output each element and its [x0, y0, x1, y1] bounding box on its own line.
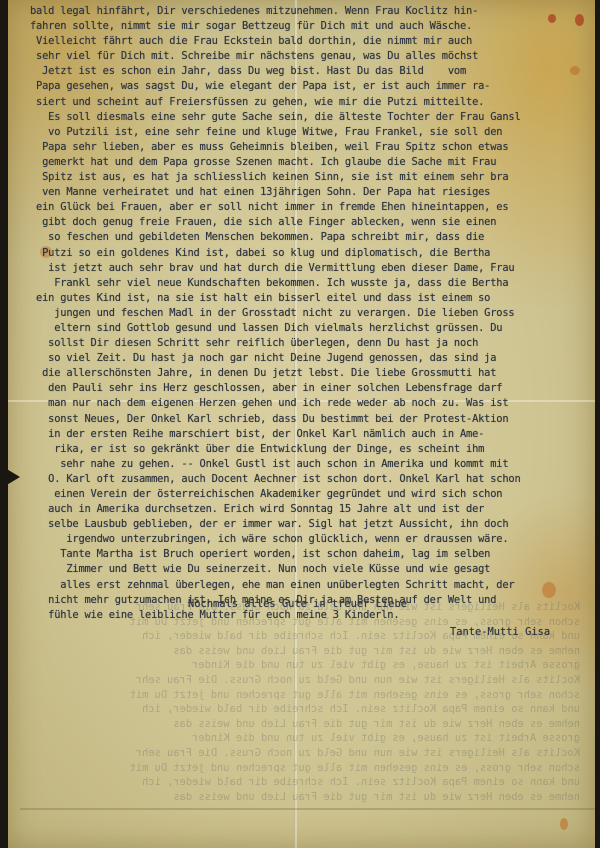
letter-line: alles erst zehnmal überlegen, ehe man ei…: [30, 578, 590, 593]
letter-line: O. Karl oft zusammen, auch Docent Aechne…: [30, 472, 590, 487]
bleed-through-line: nehme es eben Herz wie du ist mir gut di…: [20, 790, 580, 805]
letter-line: sonst Neues, Der Onkel Karl schrieb, das…: [30, 412, 590, 427]
bleed-through-line: schon sehr gross, es eins gesehen mit al…: [20, 761, 580, 776]
bleed-through-line: Koclits als Heiligers ist wie nun und Ge…: [20, 746, 580, 761]
letter-line: ein Glück bei Frauen, aber er soll nicht…: [30, 200, 590, 215]
lower-fold-crease: [20, 808, 595, 810]
bleed-through-line: grosse Arbeit ist zu hause, es gibt viel…: [20, 658, 580, 673]
letter-line: Putzi so ein goldenes Kind ist, dabei so…: [30, 246, 590, 261]
letter-line: den Pauli sehr ins Herz geschlossen, abe…: [30, 381, 590, 396]
letter-line: ven Manne verheiratet und hat einen 13jä…: [30, 185, 590, 200]
letter-line: gemerkt hat und dem Papa grosse Szenen m…: [30, 155, 590, 170]
letter-line: Tante Martha ist Bruch operiert worden, …: [30, 547, 590, 562]
letter-line: die allerschönsten Jahre, in denen Du je…: [30, 366, 590, 381]
letter-line: ist jetzt auch sehr brav und hat durch d…: [30, 261, 590, 276]
bleed-through-line: schon sehr gross, es eins gesehen mit al…: [20, 688, 580, 703]
letter-line: Frankl sehr viel neue Kundschaften bekom…: [30, 276, 590, 291]
letter-line: bald legal hinfährt, Dir verschiedenes m…: [30, 4, 590, 19]
letter-line: sollst Dir diesen Schritt sehr reiflich …: [30, 336, 590, 351]
letter-line: einen Verein der österreichischen Akadem…: [30, 487, 590, 502]
bleed-through-line: nehme es eben Herz wie du ist mir gut di…: [20, 717, 580, 732]
letter-line: fühle wie eine leibliche Mutter für euch…: [30, 608, 590, 623]
letter-line: fahren sollte, nimmt sie mir sogar Bettz…: [30, 19, 590, 34]
letter-line: so feschen und gebildeten Menschen bekom…: [30, 230, 590, 245]
letter-line: eltern sind Gottlob gesund und lassen Di…: [30, 321, 590, 336]
bleed-through-line: Koclits als Heiligers ist wie nun und Ge…: [20, 673, 580, 688]
letter-line: Jetzt ist es schon ein Jahr, dass Du weg…: [30, 64, 590, 79]
bleed-through-line: nehme es eben Herz wie du ist mir gut di…: [20, 644, 580, 659]
letter-line: vo Putzili ist, eine sehr feine und klug…: [30, 125, 590, 140]
letter-line: irgendwo unterzubringen, ich wäre schon …: [30, 532, 590, 547]
letter-line: Spitz ist aus, es hat ja schliesslich ke…: [30, 170, 590, 185]
letter-line: siert und scheint auf Freiersfüssen zu g…: [30, 95, 590, 110]
letter-line: man nur nach dem eigenen Herzen gehen un…: [30, 396, 590, 411]
letter-line: jungen und feschen Madl in der Grosstadt…: [30, 306, 590, 321]
bleed-through-line: grosse Arbeit ist zu hause, es gibt viel…: [20, 731, 580, 746]
letter-line: selbe Lausbub geblieben, der er immer wa…: [30, 517, 590, 532]
letter-line: sehr viel für Dich mit. Schreibe mir näc…: [30, 49, 590, 64]
torn-edge-notch: [0, 465, 20, 489]
rust-stain: [560, 818, 568, 830]
letter-line: Papa gesehen, was sagst Du, wie elegant …: [30, 79, 590, 94]
letter-line: rika, er ist so gekränkt über die Entwic…: [30, 442, 590, 457]
letter-line: ein gutes Kind ist, na sie ist halt ein …: [30, 291, 590, 306]
letter-signature: Tante-Mutti Gisa: [450, 626, 550, 638]
letter-line: Papa sehr lieben, aber es muss Geheimnis…: [30, 140, 590, 155]
letter-line: Es soll diesmals eine sehr gute Sache se…: [30, 110, 590, 125]
letter-line: auch in Amerika durchsetzen. Erich wird …: [30, 502, 590, 517]
letter-line: Vielleicht fährt auch die Frau Eckstein …: [30, 34, 590, 49]
letter-body: bald legal hinfährt, Dir verschiedenes m…: [30, 4, 590, 623]
letter-line: sehr nahe zu gehen. -- Onkel Gustl ist a…: [30, 457, 590, 472]
letter-line: Zimmer und Bett wie Du seinerzeit. Nun n…: [30, 562, 590, 577]
letter-line: gibt doch genug freie Frauen, die sich a…: [30, 215, 590, 230]
bleed-through-line: und kann so einem Papa Koclitz sein. Ich…: [20, 775, 580, 790]
letter-closing: Nochmals alles Gute in treuer Liebe: [188, 598, 407, 610]
letter-line: in der ersten Reihe marschiert bist, der…: [30, 427, 590, 442]
letter-line: so viel Zeit. Du hast ja noch gar nicht …: [30, 351, 590, 366]
bleed-through-line: und kann so einem Papa Koclitz sein. Ich…: [20, 702, 580, 717]
